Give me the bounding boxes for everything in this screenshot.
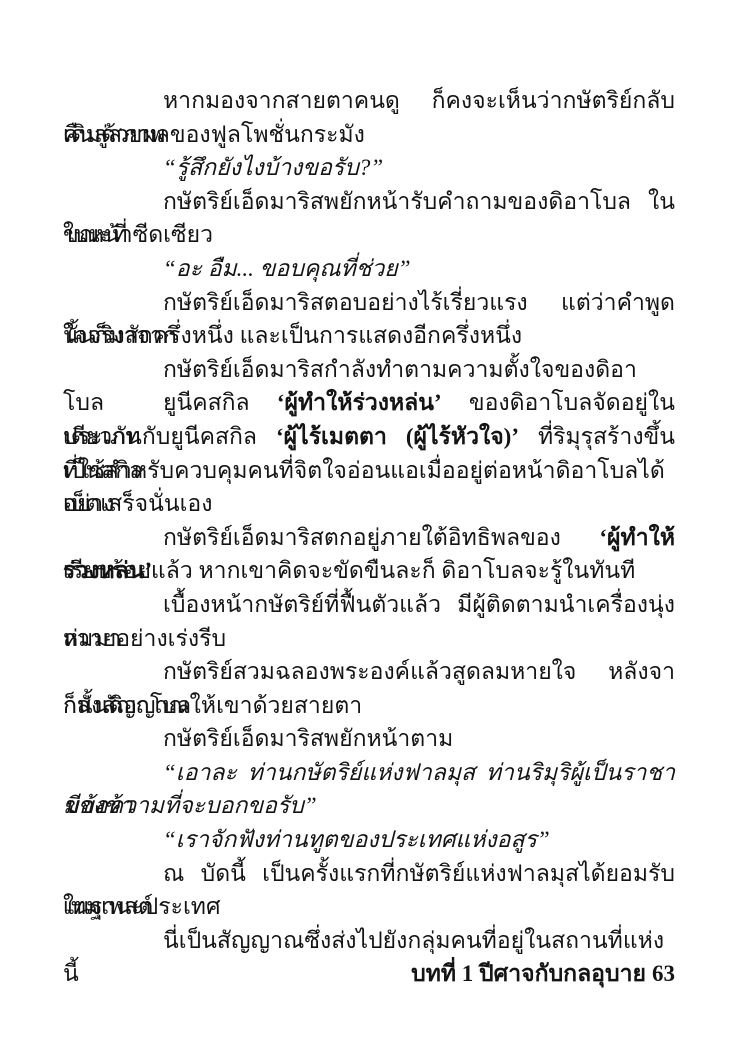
book-page: หากมองจากสายตาคนดู ก็คงจะเห็นว่ากษัตริย์… [0, 0, 738, 1051]
text-segment: ก็ส่งสัญญาณให้เขาด้วยสายตา [63, 693, 362, 718]
skill-name-bold: ‘ผู้ไร้เมตตา (ผู้ไร้หัวใจ)’ [276, 424, 519, 449]
text-line: กษัตริย์เอ็ดมาริสพยักหน้ารับคำถามของดิอา… [63, 185, 675, 219]
text-line: เบื้องหน้ากษัตริย์ที่ฟื้นตัวแล้ว มีผู้ติ… [63, 588, 675, 622]
text-segment: เบ็ดเสร็จนั่นเอง [63, 491, 212, 516]
text-segment: “อะ อืม... ขอบคุณที่ช่วย” [163, 256, 411, 281]
page-footer: บทที่ 1 ปีศาจกับกลอุบาย63 [63, 957, 675, 991]
text-line: “เราจักฟังท่านทูตของประเทศแห่งอสูร” [63, 823, 675, 857]
text-segment: “เราจักฟังท่านทูตของประเทศแห่งอสูร” [163, 827, 550, 852]
text-line: “รู้สึกยังไงบ้างขอรับ?” [63, 151, 675, 185]
text-line: ในฐานะประเทศ [63, 890, 675, 924]
text-segment: ยูนีคสกิล [163, 390, 277, 415]
text-line: “เอาละ ท่านกษัตริย์แห่งฟาลมุส ท่านริมุริ… [63, 756, 675, 790]
text-segment: ใจจริงสักครึ่งหนึ่ง และเป็นการแสดงอีกครึ… [63, 323, 522, 348]
footer-page-number: 63 [646, 961, 675, 986]
page-text: หากมองจากสายตาคนดู ก็คงจะเห็นว่ากษัตริย์… [63, 84, 675, 957]
text-line: เดียวกันกับยูนีคสกิล ‘ผู้ไร้เมตตา (ผู้ไร… [63, 420, 675, 454]
text-line: ยูนีคสกิล ‘ผู้ทำให้ร่วงหล่น’ ของดิอาโบลจ… [63, 386, 675, 420]
text-line: ถวายอย่างเร่งรีบ [63, 622, 675, 656]
text-line: ใจจริงสักครึ่งหนึ่ง และเป็นการแสดงอีกครึ… [63, 319, 675, 353]
text-segment: ถวายอย่างเร่งรีบ [63, 626, 226, 651]
text-line: เดิมด้วยผลของฟูลโพชั่นกระมัง [63, 118, 675, 152]
text-line: ใบหน้าซีดเซียว [63, 218, 675, 252]
text-line: กษัตริย์เอ็ดมาริสพยักหน้าตาม [63, 722, 675, 756]
text-line: หากมองจากสายตาคนดู ก็คงจะเห็นว่ากษัตริย์… [63, 84, 675, 118]
text-segment: เดิมด้วยผลของฟูลโพชั่นกระมัง [63, 122, 365, 147]
text-segment: มีข้อความที่จะบอกขอรับ” [63, 793, 317, 818]
text-line: กษัตริย์เอ็ดมาริสกำลังทำตามความตั้งใจของ… [63, 353, 675, 387]
text-line: เบ็ดเสร็จนั่นเอง [63, 487, 675, 521]
text-line: เรียบร้อยแล้ว หากเขาคิดจะขัดขืนละก็ ดิอา… [63, 554, 675, 588]
text-segment: “รู้สึกยังไงบ้างขอรับ?” [163, 155, 383, 180]
text-segment: ใบหน้าซีดเซียว [63, 222, 213, 247]
text-line: ณ บัดนี้ เป็นครั้งแรกที่กษัตริย์แห่งฟาลม… [63, 857, 675, 891]
skill-name-bold: ‘ผู้ทำให้ร่วงหล่น’ [277, 390, 442, 415]
text-segment: เดียวกันกับยูนีคสกิล [63, 424, 276, 449]
text-line: กษัตริย์สวมฉลองพระองค์แล้วสูดลมหายใจ หลั… [63, 655, 675, 689]
text-line: กษัตริย์เอ็ดมาริสตกอยู่ภายใต้อิทธิพลของ … [63, 521, 675, 555]
text-segment: ในฐานะประเทศ [63, 894, 221, 919]
text-segment: กษัตริย์เอ็ดมาริสตกอยู่ภายใต้อิทธิพลของ [163, 525, 599, 550]
text-line: กษัตริย์เอ็ดมาริสตอบอย่างไร้เรี่ยวแรง แต… [63, 286, 675, 320]
text-line: มีข้อความที่จะบอกขอรับ” [63, 789, 675, 823]
text-line: ก็ส่งสัญญาณให้เขาด้วยสายตา [63, 689, 675, 723]
text-line: ที่ใช้สำหรับควบคุมคนที่จิตใจอ่อนแอเมื่ออ… [63, 454, 675, 488]
text-segment: กษัตริย์เอ็ดมาริสพยักหน้าตาม [163, 726, 453, 751]
text-line: นี่เป็นสัญญาณซึ่งส่งไปยังกลุ่มคนที่อยู่ใ… [63, 924, 675, 958]
text-segment: เรียบร้อยแล้ว หากเขาคิดจะขัดขืนละก็ ดิอา… [63, 558, 635, 583]
footer-chapter-label: บทที่ 1 ปีศาจกับกลอุบาย [405, 961, 646, 986]
text-line: “อะ อืม... ขอบคุณที่ช่วย” [63, 252, 675, 286]
